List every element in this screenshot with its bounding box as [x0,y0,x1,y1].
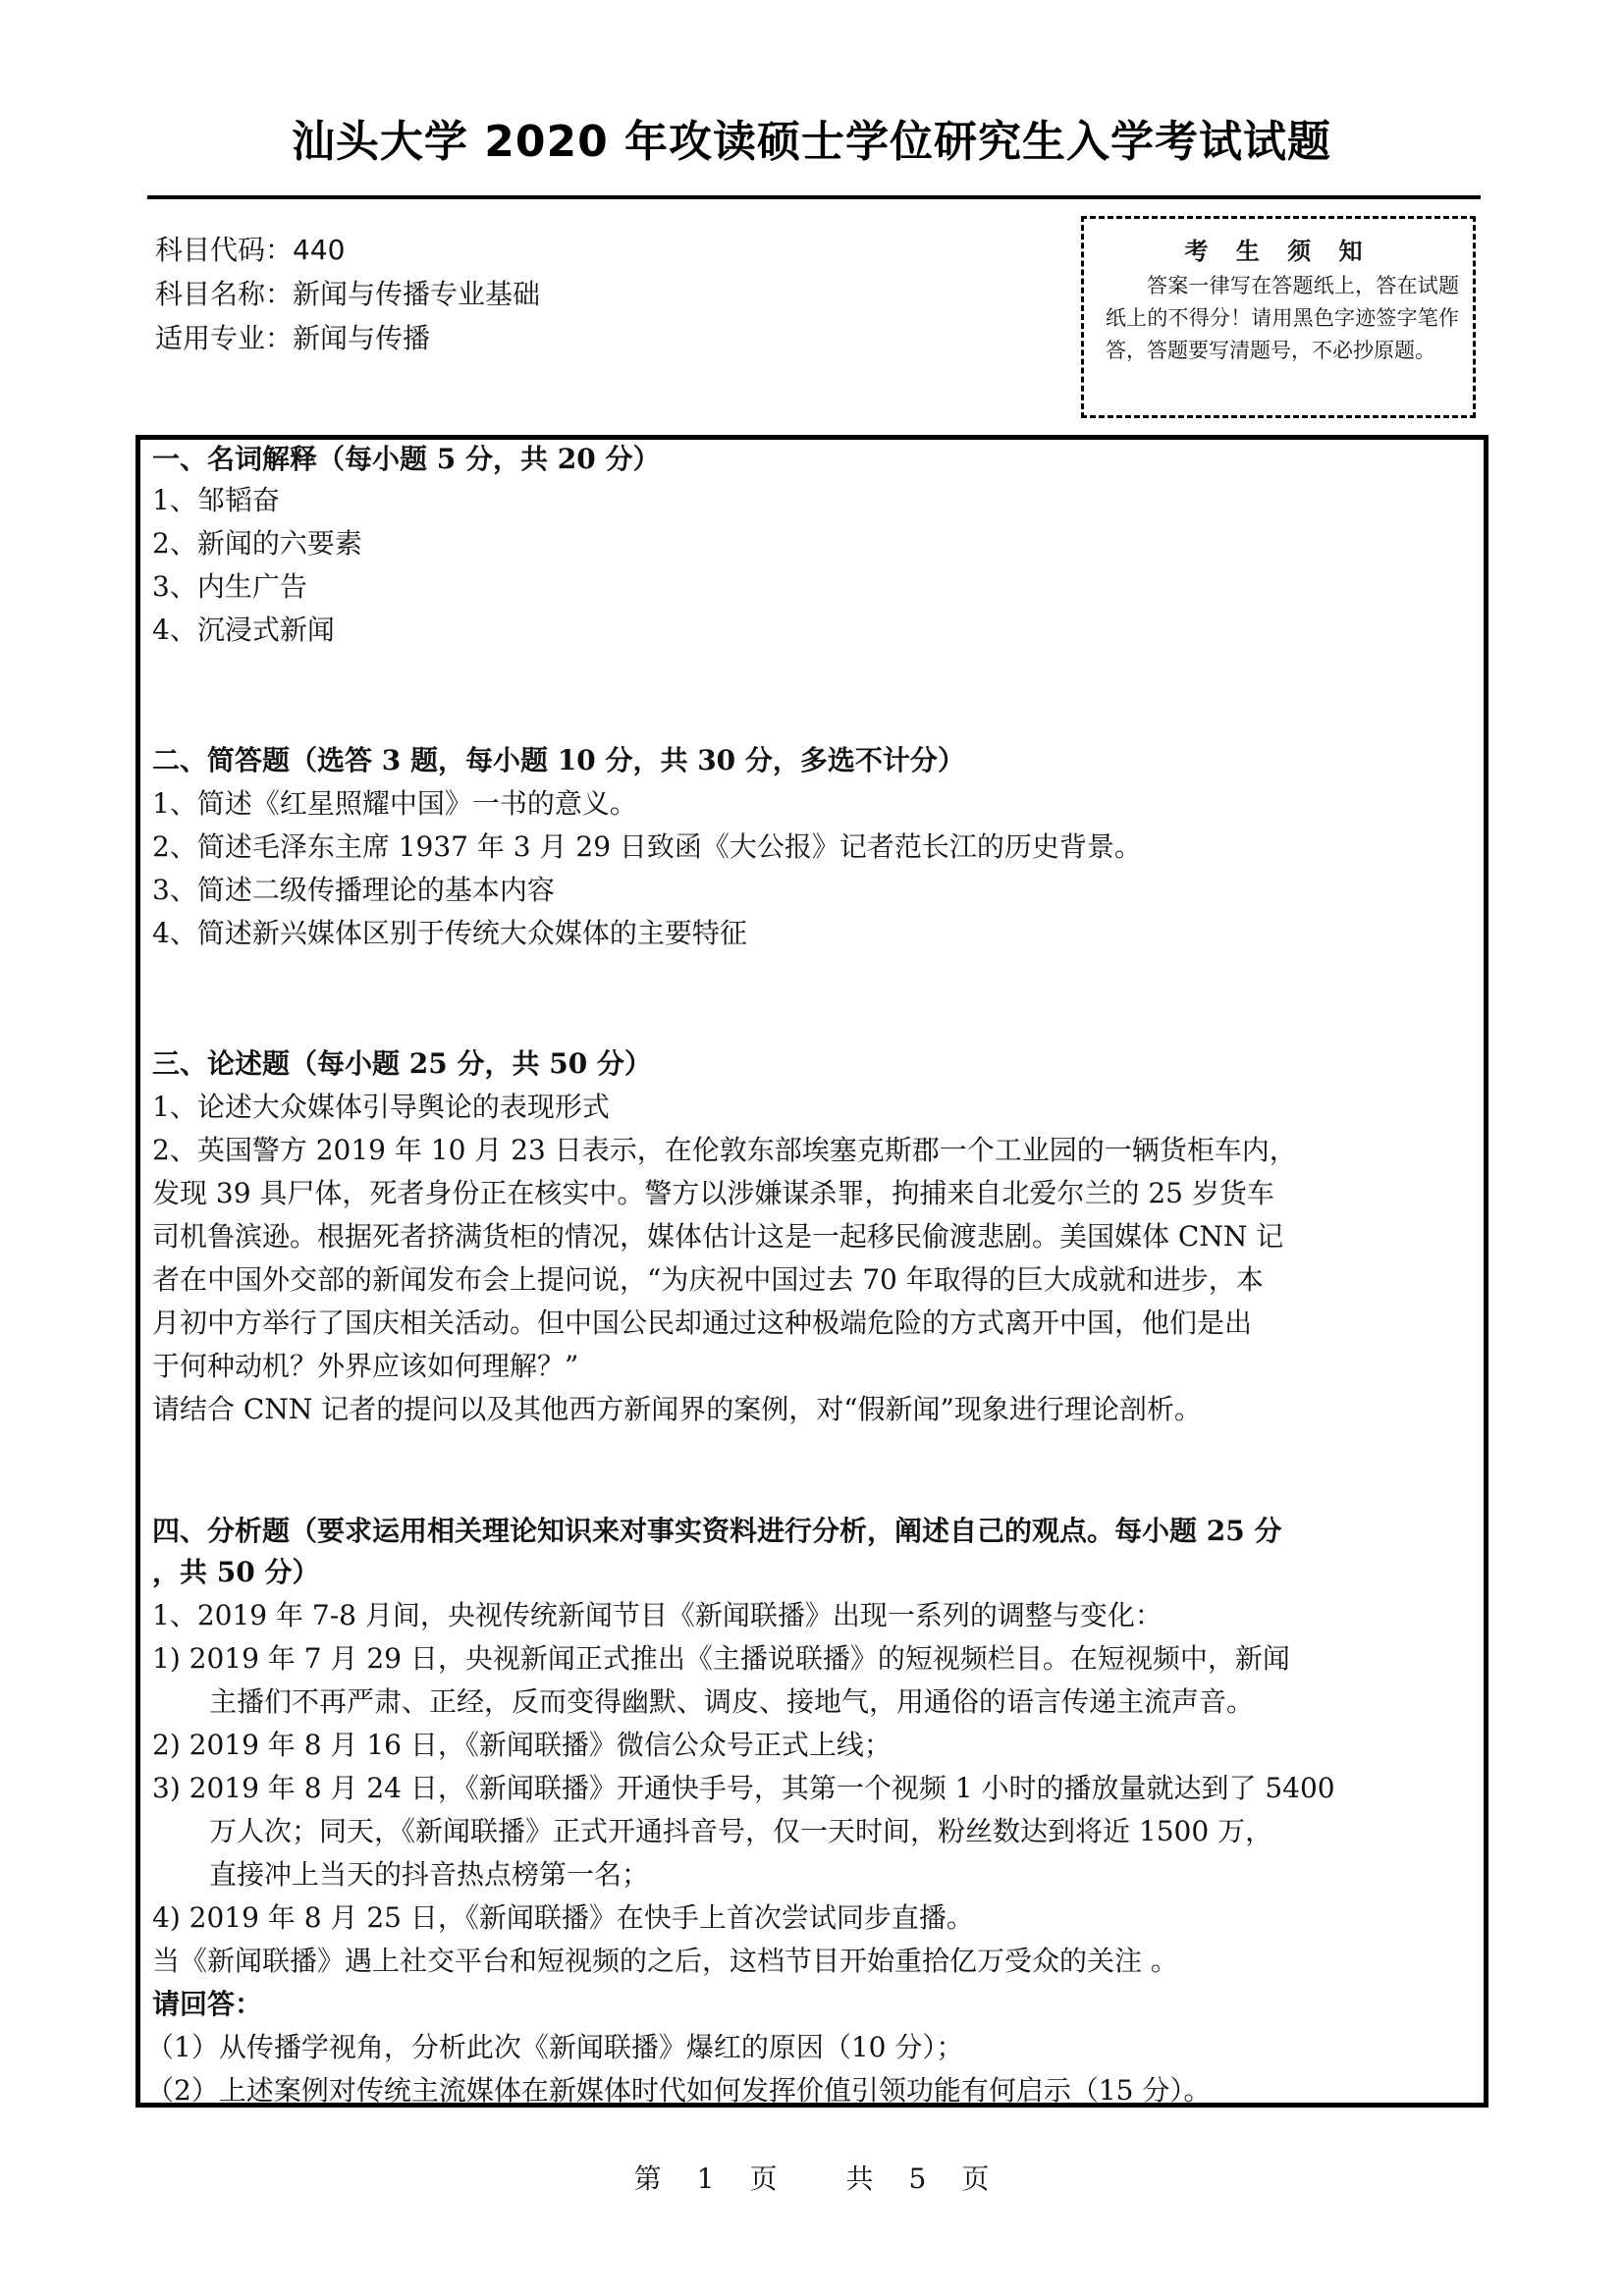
total-unit: 页 [961,2158,989,2197]
question-item: 1、论述大众媒体引导舆论的表现形式 [152,1088,610,1127]
question-item: 2、英国警方 2019 年 10 月 23 日表示，在伦敦东部埃塞克斯郡一个工业… [152,1131,1297,1170]
exam-meta: 科目代码：440 科目名称：新闻与传播专业基础 适用专业：新闻与传播 [155,228,540,360]
subject-code-value: 440 [293,234,345,266]
section-heading-continued: ，共 50 分） [152,1553,319,1592]
title-divider [147,195,1481,199]
list-item: 2) 2019 年 8 月 16 日，《新闻联播》微信公众号正式上线； [152,1726,892,1765]
question-item: 1、邹韬奋 [152,481,280,520]
question-text: 当《新闻联播》遇上社交平台和短视频的之后，这档节目开始重拾亿万受众的关注 。 [152,1942,1178,1981]
question-text: 司机鲁滨逊。根据死者挤满货柜的情况，媒体估计这是一起移民偷渡悲剧。美国媒体 CN… [152,1217,1283,1256]
major-row: 适用专业：新闻与传播 [155,316,540,360]
question-item: 2、简述毛泽东主席 1937 年 3 月 29 日致函《大公报》记者范长江的历史… [152,828,1142,867]
page-current: 1 [697,2163,715,2195]
question-item: 1、2019 年 7-8 月间，央视传统新闻节目《新闻联播》出现一系列的调整与变… [152,1596,1163,1635]
question-text: 者在中国外交部的新闻发布会上提问说，“为庆祝中国过去 70 年取得的巨大成就和进… [152,1260,1264,1300]
page-prefix: 第 [634,2158,662,2197]
exam-title: 汕头大学 2020 年攻读硕士学位研究生入学考试试题 [0,106,1623,169]
subject-name-label: 科目名称： [155,272,293,316]
section-heading: 二、简答题（选答 3 题，每小题 10 分，共 30 分，多选不计分） [152,741,965,780]
question-item: 3、简述二级传播理论的基本内容 [152,871,555,910]
notice-title: 考 生 须 知 [1084,235,1473,268]
question-text: 于何种动机？外界应该如何理解？” [152,1347,578,1386]
page-footer: 第1页共5页 [0,2158,1623,2197]
subject-code-label: 科目代码： [155,228,293,272]
total-prefix: 共 [846,2158,874,2197]
section-heading: 一、名词解释（每小题 5 分，共 20 分） [152,440,660,479]
answer-prompt: 请回答： [152,1985,262,2024]
list-item: 1) 2019 年 7 月 29 日，央视新闻正式推出《主播说联播》的短视频栏目… [152,1639,1290,1679]
list-item: 4) 2019 年 8 月 25 日，《新闻联播》在快手上首次尝试同步直播。 [152,1898,974,1938]
question-item: 2、新闻的六要素 [152,524,362,563]
question-item: 1、简述《红星照耀中国》一书的意义。 [152,784,637,824]
list-item-continued: 主播们不再严肃、正经，反而变得幽默、调皮、接地气，用通俗的语言传递主流声音。 [209,1682,1254,1722]
list-item-continued: 直接冲上当天的抖音热点榜第一名； [209,1855,649,1895]
sub-question: （1）从传播学视角，分析此次《新闻联播》爆红的原因（10 分）； [146,2028,963,2067]
major-label: 适用专业： [155,316,293,360]
subject-code-row: 科目代码：440 [155,228,540,272]
page-unit: 页 [749,2158,777,2197]
subject-name-value: 新闻与传播专业基础 [293,278,540,310]
section-heading: 三、论述题（每小题 25 分，共 50 分） [152,1044,652,1084]
question-item: 3、内生广告 [152,567,307,607]
major-value: 新闻与传播 [293,322,430,354]
question-item: 4、沉浸式新闻 [152,611,335,650]
question-prompt: 请结合 CNN 记者的提问以及其他西方新闻界的案例，对“假新闻”现象进行理论剖析… [152,1390,1202,1429]
list-item: 3) 2019 年 8 月 24 日，《新闻联播》开通快手号，其第一个视频 1 … [152,1769,1335,1808]
question-item: 4、简述新兴媒体区别于传统大众媒体的主要特征 [152,914,747,953]
candidate-notice-box: 考 生 须 知 答案一律写在答题纸上，答在试题纸上的不得分！请用黑色字迹签字笔作… [1081,216,1476,418]
subject-name-row: 科目名称：新闻与传播专业基础 [155,272,540,316]
sub-question: （2）上述案例对传统主流媒体在新媒体时代如何发挥价值引领功能有何启示（15 分）… [146,2071,1211,2110]
list-item-continued: 万人次；同天，《新闻联播》正式开通抖音号，仅一天时间，粉丝数达到将近 1500 … [209,1812,1272,1851]
notice-body: 答案一律写在答题纸上，答在试题纸上的不得分！请用黑色字迹签字笔作答，答题要写清题… [1084,268,1473,367]
question-text: 月初中方举行了国庆相关活动。但中国公民却通过这种极端危险的方式离开中国，他们是出 [152,1304,1252,1343]
question-text: 发现 39 具尸体，死者身份正在核实中。警方以涉嫌谋杀罪，拘捕来自北爱尔兰的 2… [152,1174,1274,1213]
section-heading: 四、分析题（要求运用相关理论知识来对事实资料进行分析，阐述自己的观点。每小题 2… [152,1512,1281,1551]
page-total: 5 [909,2163,927,2195]
